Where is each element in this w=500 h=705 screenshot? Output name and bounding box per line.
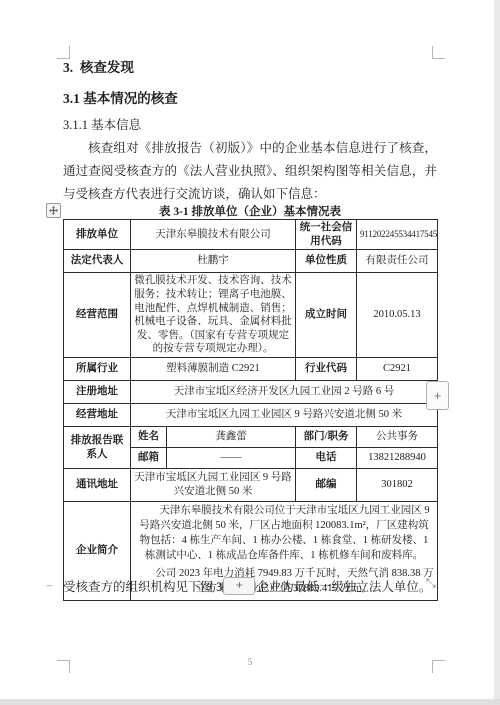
viewport-edge-bottom xyxy=(0,699,500,705)
margin-crop-mark-top-right xyxy=(432,46,445,59)
business-addr-value: 天津市宝坻区九园工业园区 9 号路兴安道北侧 50 米 xyxy=(131,404,438,427)
contact-email-label: 邮箱 xyxy=(131,448,167,469)
contact-phone-label: 电话 xyxy=(296,448,357,469)
credit-code-label: 统一社会信用代码 xyxy=(296,220,357,250)
unit-nature-label: 单位性质 xyxy=(296,250,357,273)
legal-rep-value: 杜鹏宇 xyxy=(131,250,296,273)
table-row: 排放单位 天津东皋膜技术有限公司 统一社会信用代码 91120224553441… xyxy=(64,220,438,250)
table-row: 注册地址 天津市宝坻区经济开发区九园工业园 2 号路 6 号 xyxy=(64,381,438,404)
credit-code-value: 911202245534417545 xyxy=(357,220,438,250)
inline-insert-button[interactable]: + xyxy=(223,577,255,595)
table-row: 排放报告联系人 姓名 龚鑫蕾 部门/职务 公共事务 xyxy=(64,427,438,448)
contact-name-label: 姓名 xyxy=(131,427,167,448)
table-row: 经营地址 天津市宝坻区九园工业园区 9 号路兴安道北侧 50 米 xyxy=(64,404,438,427)
move-cross-icon xyxy=(49,202,58,220)
table-row: 法定代表人 杜鹏宇 单位性质 有限责任公司 xyxy=(64,250,438,273)
contact-dept-label: 部门/职务 xyxy=(296,427,357,448)
established-label: 成立时间 xyxy=(296,273,357,358)
emission-unit-label: 排放单位 xyxy=(64,220,131,250)
outline-dash-marker: − xyxy=(46,579,63,594)
contact-dept-value: 公共事务 xyxy=(357,427,438,448)
established-value: 2010.05.13 xyxy=(357,273,438,358)
registered-addr-label: 注册地址 xyxy=(64,381,131,404)
body-paragraph: 核查组对《排放报告（初版）》中的企业基本信息进行了核查，通过查阅受核查方的《法人… xyxy=(63,137,437,206)
section-heading: 3. 核查发现 xyxy=(63,56,134,76)
business-scope-value: 微孔膜技术开发、技术咨询、技术服务；技术转让；锂离子电池膜、电池配件、点焊机械制… xyxy=(131,273,296,358)
table-move-handle[interactable] xyxy=(46,203,61,218)
document-page: 3. 核查发现 3.1 基本情况的核查 3.1.1 基本信息 核查组对《排放报告… xyxy=(0,0,500,705)
subsection-heading: 3.1 基本情况的核查 xyxy=(63,87,178,107)
contact-name-value: 龚鑫蕾 xyxy=(167,427,296,448)
table-resize-handle[interactable] xyxy=(425,576,437,594)
viewport-edge-right xyxy=(494,0,500,705)
unit-nature-value: 有限责任公司 xyxy=(357,250,438,273)
zip-label: 邮编 xyxy=(296,469,357,502)
mailing-addr-label: 通讯地址 xyxy=(64,469,131,502)
table-row: 经营范围 微孔膜技术开发、技术咨询、技术服务；技术转让；锂离子电池膜、电池配件、… xyxy=(64,273,438,358)
contact-email-value: —— xyxy=(167,448,296,469)
table-insert-row-button[interactable]: + xyxy=(426,381,449,410)
zip-value: 301802 xyxy=(357,469,438,502)
industry-code-value: C2921 xyxy=(357,358,438,381)
legal-rep-label: 法定代表人 xyxy=(64,250,131,273)
closing-text-before: 受核查方的组织机构见下图 3 xyxy=(63,577,222,595)
mailing-addr-value: 天津市宝坻区九园工业园区 9 号路兴安道北侧 50 米 xyxy=(131,469,296,502)
industry-value: 塑料薄膜制造 C2921 xyxy=(131,358,296,381)
page-number: 5 xyxy=(0,657,500,667)
table-title: 表 3-1 排放单位（企业）基本情况表 xyxy=(63,203,437,219)
industry-label: 所属行业 xyxy=(64,358,131,381)
basic-info-table: 排放单位 天津东皋膜技术有限公司 统一社会信用代码 91120224553441… xyxy=(63,219,438,601)
profile-paragraph-1: 天津东皋膜技术有限公司位于天津市宝坻区九园工业园区 9 号路兴安道北侧 50 米… xyxy=(134,503,434,563)
closing-line: − 受核查方的组织机构见下图 3 + 企业为最低一级独立法人单位。 xyxy=(46,577,450,595)
closing-text-after: 企业为最低一级独立法人单位。 xyxy=(256,577,431,595)
contact-label: 排放报告联系人 xyxy=(64,427,131,469)
contact-phone-value: 13821288940 xyxy=(357,448,438,469)
emission-unit-value: 天津东皋膜技术有限公司 xyxy=(131,220,296,250)
subsubsection-heading: 3.1.1 基本信息 xyxy=(63,115,141,133)
business-scope-label: 经营范围 xyxy=(64,273,131,358)
table-row: 所属行业 塑料薄膜制造 C2921 行业代码 C2921 xyxy=(64,358,438,381)
business-addr-label: 经营地址 xyxy=(64,404,131,427)
industry-code-label: 行业代码 xyxy=(296,358,357,381)
registered-addr-value: 天津市宝坻区经济开发区九园工业园 2 号路 6 号 xyxy=(131,381,438,404)
table-row: 通讯地址 天津市宝坻区九园工业园区 9 号路兴安道北侧 50 米 邮编 3018… xyxy=(64,469,438,502)
